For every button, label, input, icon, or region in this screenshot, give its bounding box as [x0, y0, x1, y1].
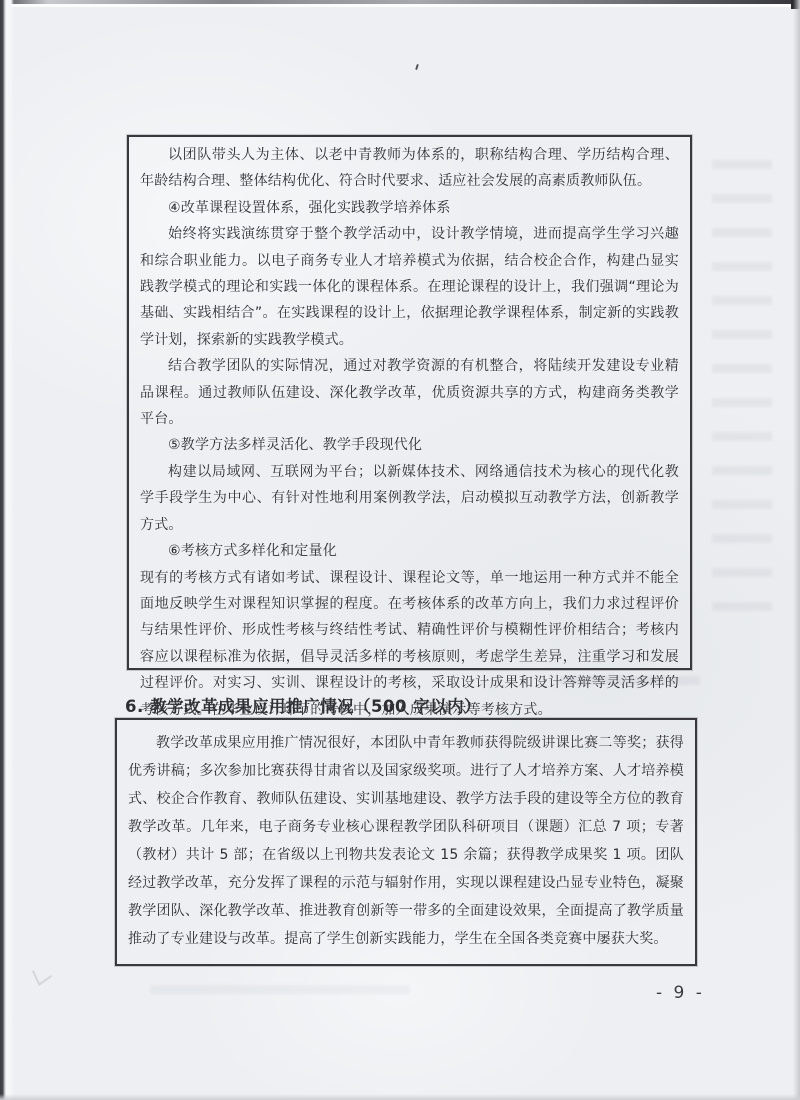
paragraph-team-structure: 以团队带头人为主体、以老中青教师为体系的，职称结构合理、学历结构合理、年龄结构合… [140, 142, 679, 195]
section-6-heading: 6. 教学改革成果应用推广情况（500 字以内） [125, 693, 481, 717]
paragraph-course-platform: 结合教学团队的实际情况，通过对教学资源的有机整合，将陆续开发建设专业精品课程。通… [140, 353, 679, 432]
page-number: - 9 - [656, 983, 705, 1003]
paragraph-item5-body: 构建以局域网、互联网为平台；以新媒体技术、网络通信技术为核心的现代化教学手段学生… [140, 459, 679, 538]
scan-edge-bottom [0, 1094, 800, 1100]
scan-edge-top-highlight [0, 4, 800, 7]
paragraph-item4-body: 始终将实践演练贯穿于整个教学活动中，设计教学情境，进而提高学生学习兴趣和综合职业… [140, 221, 679, 353]
reform-measures-text-box: 以团队带头人为主体、以老中青教师为体系的，职称结构合理、学历结构合理、年龄结构合… [127, 135, 692, 670]
paragraph-promotion-body: 教学改革成果应用推广情况很好，本团队中青年教师获得院级讲课比赛二等奖；获得优秀讲… [128, 729, 684, 953]
paragraph-item5-title: ⑤教学方法多样灵活化、教学手段现代化 [140, 432, 679, 458]
scanned-document-page: 以团队带头人为主体、以老中青教师为体系的，职称结构合理、学历结构合理、年龄结构合… [0, 0, 800, 1100]
scan-edge-left [0, 0, 14, 1100]
paragraph-item6-title: ⑥考核方式多样化和定量化 [140, 538, 679, 564]
pencil-mark [32, 962, 52, 986]
promotion-results-text-box: 教学改革成果应用推广情况很好，本团队中青年教师获得院级讲课比赛二等奖；获得优秀讲… [115, 718, 697, 966]
scan-edge-right [793, 0, 800, 1100]
bleedthrough-smudge [150, 985, 410, 1011]
bleedthrough-smudge [712, 160, 772, 630]
paragraph-item4-title: ④改革课程设置体系，强化实践教学培养体系 [140, 195, 679, 221]
ink-speck [415, 64, 419, 70]
